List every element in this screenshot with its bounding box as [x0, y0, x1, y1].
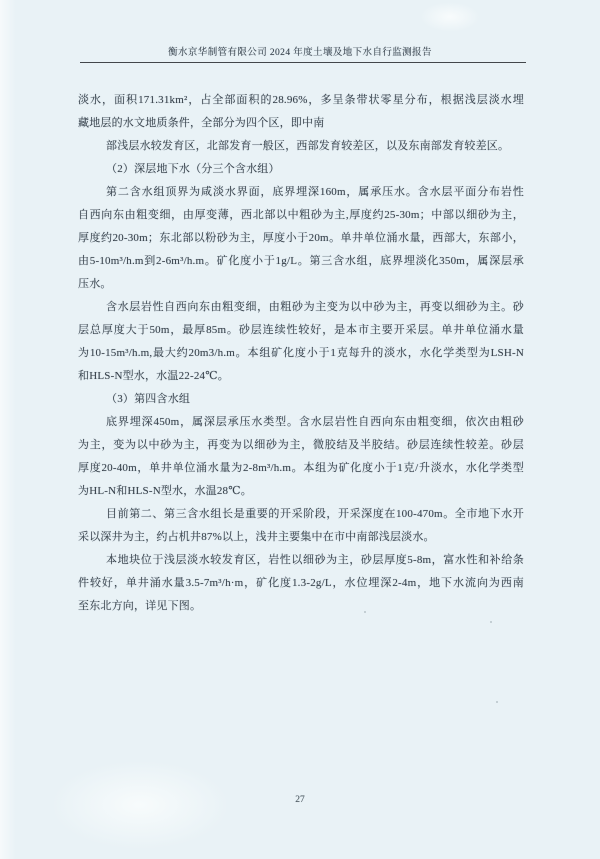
header-rule — [80, 62, 526, 63]
body-line: 目前第二、第三含水组长是重要的开采阶段，开采深度在100-470m。全市地下水开 — [78, 503, 524, 526]
header-title: 衡水京华制管有限公司 2024 年度土壤及地下水自行监测报告 — [0, 47, 600, 60]
body-line: 淡水，面积171.31km²，占全部面积的28.96%，多呈条带状零星分布，根据… — [78, 89, 524, 112]
scan-smudge-bottom-left — [50, 760, 230, 850]
scan-speck — [490, 621, 492, 623]
body-line: 和HLS-N型水，水温22-24℃。 — [78, 365, 524, 388]
body-line: 自西向东由粗变细，由厚变薄，西北部以中粗砂为主,厚度约25-30m；中部以细砂为… — [78, 204, 524, 227]
body-line: 件较好，单井涌水量3.5-7m³/h·m，矿化度1.3-2g/L，水位埋深2-4… — [78, 572, 524, 595]
scan-edge-shading — [0, 0, 16, 859]
body-line: 底界埋深450m，属深层承压水类型。含水层岩性自西向东由粗变细，依次由粗砂 — [78, 411, 524, 434]
scan-speck — [496, 701, 498, 703]
document-body: 淡水，面积171.31km²，占全部面积的28.96%，多呈条带状零星分布，根据… — [78, 89, 524, 618]
body-line: 为10-15m³/h.m,最大约20m3/h.m。本组矿化度小于1克每升的淡水，… — [78, 342, 524, 365]
body-line: （2）深层地下水（分三个含水组） — [78, 158, 524, 181]
body-line: 为HL-N和HLS-N型水，水温28℃。 — [78, 480, 524, 503]
body-line: 厚度约20-30m；东北部以粉砂为主，厚度小于20m。单井单位涌水量，西部大，东… — [78, 227, 524, 250]
body-line: 第二含水组顶界为咸淡水界面，底界埋深160m，属承压水。含水层平面分布岩性 — [78, 181, 524, 204]
body-line: 压水。 — [78, 273, 524, 296]
body-line: 部浅层水较发育区，北部发育一般区，西部发育较差区，以及东南部发育较差区。 — [78, 135, 524, 158]
body-line: 至东北方向，详见下图。 — [78, 595, 524, 618]
body-line: 含水层岩性自西向东由粗变细，由粗砂为主变为以中砂为主，再变以细砂为主。砂 — [78, 296, 524, 319]
body-line: 厚度20-40m，单井单位涌水量为2-8m³/h.m。本组为矿化度小于1克/升淡… — [78, 457, 524, 480]
body-line: 藏地层的水文地质条件，全部分为四个区，即中南 — [78, 112, 524, 135]
page-number: 27 — [0, 795, 600, 805]
scan-smudge-top — [420, 2, 480, 32]
body-line: 由5-10m³/h.m到2-6m³/h.m。矿化度小于1g/L。第三含水组，底界… — [78, 250, 524, 273]
body-line: 采以深井为主，约占机井87%以上，浅井主要集中在市中南部浅层淡水。 — [78, 526, 524, 549]
body-line: 为主，变为以中砂为主，再变为以细砂为主，微胶结及半胶结。砂层连续性较差。砂层 — [78, 434, 524, 457]
body-line: 层总厚度大于50m，最厚85m。砂层连续性较好，是本市主要开采层。单井单位涌水量 — [78, 319, 524, 342]
body-line: 本地块位于浅层淡水较发育区，岩性以细砂为主，砂层厚度5-8m，富水性和补给条 — [78, 549, 524, 572]
body-line: （3）第四含水组 — [78, 388, 524, 411]
